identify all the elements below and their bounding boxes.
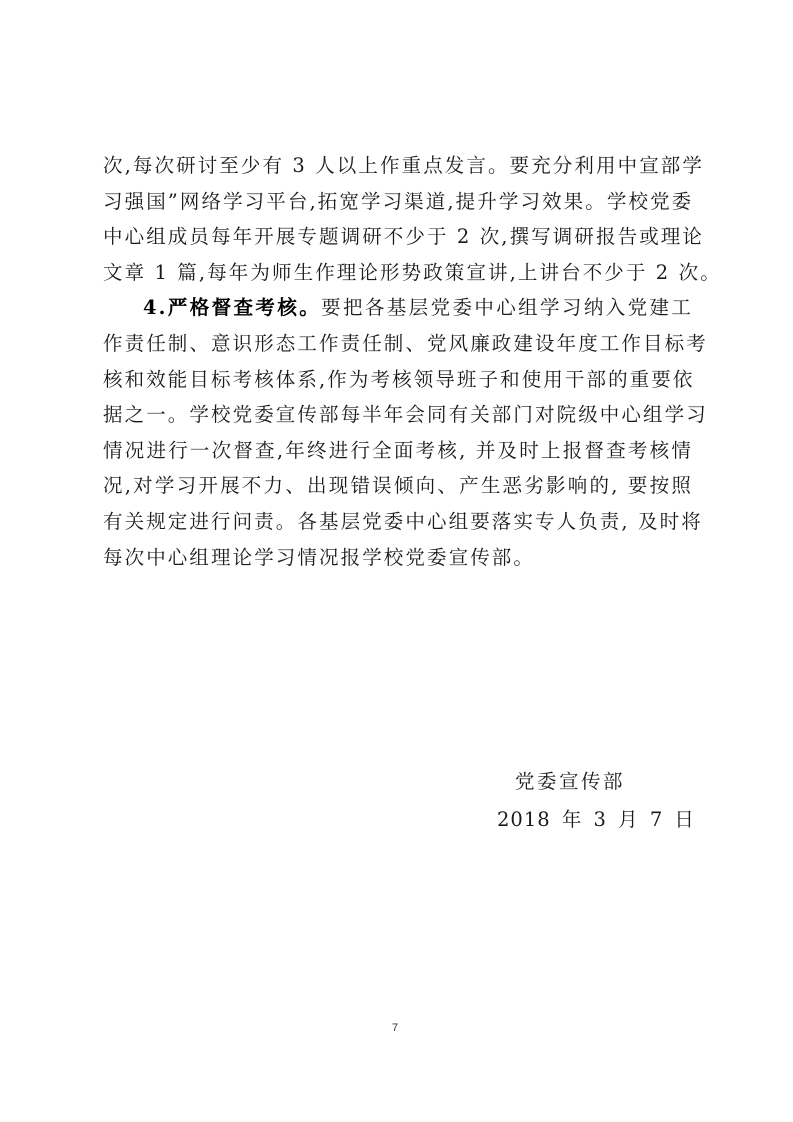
text-line: 有关规定进行问责。各基层党委中心组要落实专人负责, 及时将 (103, 504, 693, 540)
document-page: 次,每次研讨至少有 3 人以上作重点发言。要充分利用中宣部学 习强国”网络学习平… (0, 0, 793, 1122)
text-line: 文章 1 篇,每年为师生作理论形势政策宣讲,上讲台不少于 2 次。 (103, 255, 693, 291)
text-line: 中心组成员每年开展专题调研不少于 2 次,撰写调研报告或理论 (103, 219, 693, 255)
section-4-first-line-text: 要把各基层党委中心组学习纳入党建工 (321, 296, 693, 319)
text-line: 习强国”网络学习平台,拓宽学习渠道,提升学习效果。学校党委 (103, 184, 693, 220)
text-line: 每次中心组理论学习情况报学校党委宣传部。 (103, 540, 693, 576)
text-line: 次,每次研讨至少有 3 人以上作重点发言。要充分利用中宣部学 (103, 148, 693, 184)
page-number: 7 (392, 1022, 398, 1034)
text-line: 情况进行一次督查,年终进行全面考核, 并及时上报督查考核情 (103, 433, 693, 469)
text-line: 据之一。学校党委宣传部每半年会同有关部门对院级中心组学习 (103, 397, 693, 433)
text-line: 核和效能目标考核体系,作为考核领导班子和使用干部的重要依 (103, 362, 693, 398)
text-line: 作责任制、意识形态工作责任制、党风廉政建设年度工作目标考 (103, 326, 693, 362)
signature-date: 2018 年 3 月 7 日 (497, 806, 695, 834)
section-4-heading: 4.严格督查考核。 (143, 296, 321, 319)
section-4-first-line: 4.严格督查考核。要把各基层党委中心组学习纳入党建工 (103, 290, 693, 326)
document-body: 次,每次研讨至少有 3 人以上作重点发言。要充分利用中宣部学 习强国”网络学习平… (103, 148, 693, 575)
signature-department: 党委宣传部 (515, 768, 625, 796)
text-line: 况,对学习开展不力、出现错误倾向、产生恶劣影响的, 要按照 (103, 468, 693, 504)
